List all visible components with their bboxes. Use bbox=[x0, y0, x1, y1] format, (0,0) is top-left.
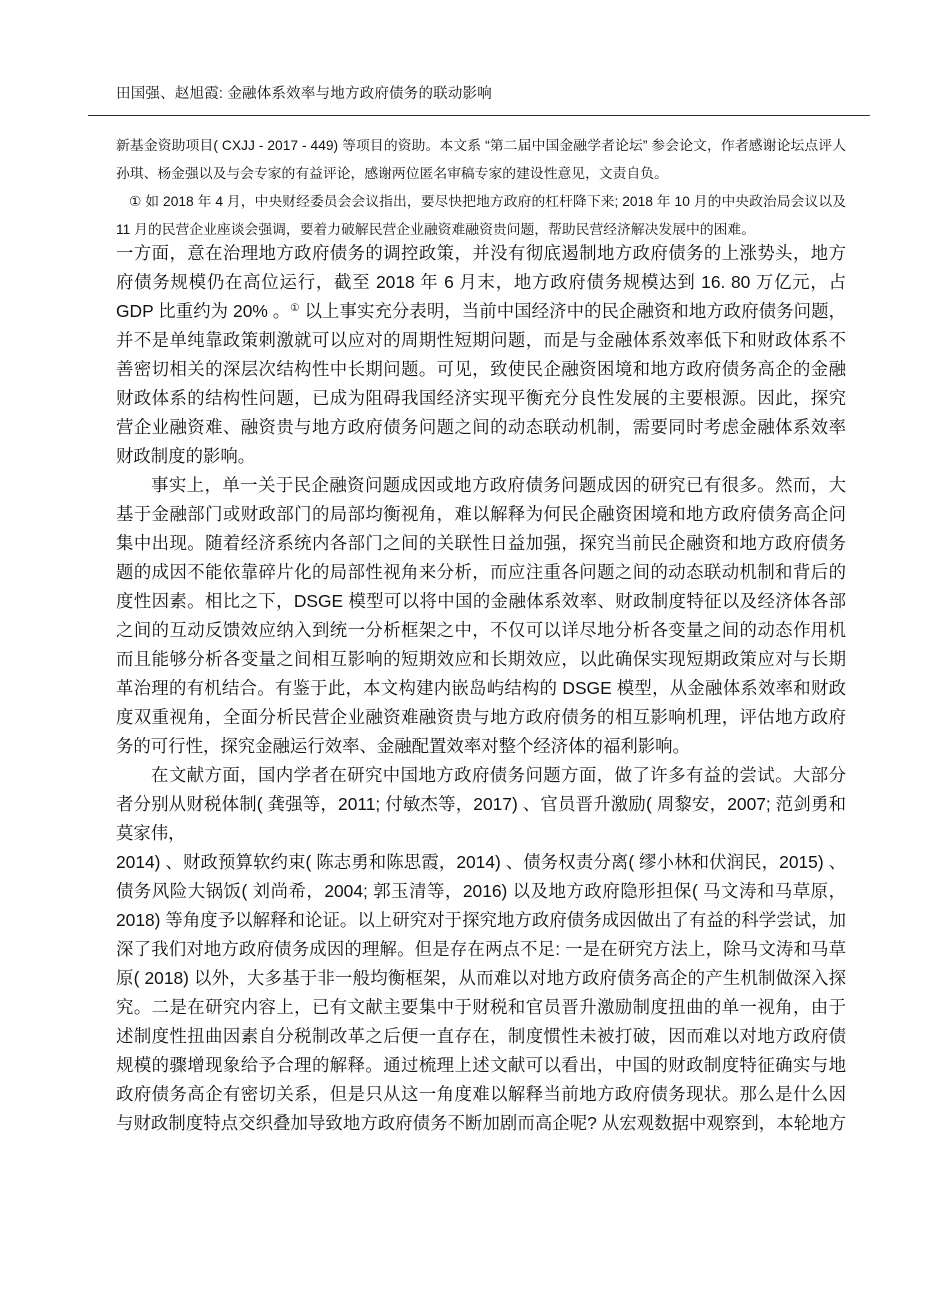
footnote-line: 孙琪、杨金强以及与会专家的有益评论，感谢两位匿名审稿专家的建设性意见，文责自负。 bbox=[116, 160, 846, 188]
body-text-line: 度双重视角，全面分析民营企业融资难融资贵与地方政府债务的相互影响机理，评估地方政… bbox=[116, 703, 846, 732]
body-text-line: 述制度性扭曲因素自分税制改革之后便一直存在，制度惯性未被打破，因而难以对地方政府… bbox=[116, 1022, 846, 1051]
body-text: 一方面，意在治理地方政府债务的调控政策，并没有彻底遏制地方政府债务的上涨势头，地… bbox=[116, 239, 846, 1138]
body-text-line: 一方面，意在治理地方政府债务的调控政策，并没有彻底遏制地方政府债务的上涨势头，地… bbox=[116, 239, 846, 268]
body-text-line: 莫家伟， bbox=[116, 819, 846, 848]
document-page: 田国强、赵旭霞: 金融体系效率与地方政府债务的联动影响 新基金资助项目( CXJ… bbox=[0, 0, 950, 1290]
footnote-line: 新基金资助项目( CXJJ - 2017 - 449) 等项目的资助。本文系 “… bbox=[116, 132, 846, 160]
body-text-line: 善密切相关的深层次结构性中长期问题。可见，致使民企融资困境和地方政府债务高企的金… bbox=[116, 355, 846, 384]
body-paragraph-3: 在文献方面，国内学者在研究中国地方政府债务问题方面，做了许多有益的尝试。大部分学… bbox=[116, 761, 846, 1138]
body-text-line: 而且能够分析各变量之间相互影响的短期效应和长期效应，以此确保实现短期政策应对与长… bbox=[116, 645, 846, 674]
body-text-line: 者分别从财税体制( 龚强等，2011; 付敏杰等，2017) 、官员晋升激励( … bbox=[116, 790, 846, 819]
body-text-line: 深了我们对地方政府债务成因的理解。但是存在两点不足: 一是在研究方法上，除马文涛… bbox=[116, 935, 846, 964]
body-text-line: 之间的互动反馈效应纳入到统一分析框架之中，不仅可以详尽地分析各变量之间的动态作用… bbox=[116, 616, 846, 645]
body-text-line: 基于金融部门或财政部门的局部均衡视角，难以解释为何民企融资困境和地方政府债务高企… bbox=[116, 500, 846, 529]
body-text-line: 财政制度的影响。 bbox=[116, 442, 846, 471]
body-paragraph-1: 一方面，意在治理地方政府债务的调控政策，并没有彻底遏制地方政府债务的上涨势头，地… bbox=[116, 239, 846, 471]
body-text-line: 务的可行性，探究金融运行效率、金融配置效率对整个经济体的福利影响。 bbox=[116, 732, 846, 761]
body-text-line: 债务风险大锅饭( 刘尚希，2004; 郭玉清等，2016) 以及地方政府隐形担保… bbox=[116, 877, 846, 906]
body-text-line: 政府债务高企有密切关系，但是只从这一角度难以解释当前地方政府债务现状。那么是什么… bbox=[116, 1080, 846, 1109]
body-paragraph-2: 事实上，单一关于民企融资问题成因或地方政府债务问题成因的研究已有很多。然而，大多… bbox=[116, 471, 846, 761]
body-text-line: 革治理的有机结合。有鉴于此，本文构建内嵌岛屿结构的 DSGE 模型，从金融体系效… bbox=[116, 674, 846, 703]
body-text-line: 与财政制度特点交织叠加导致地方政府债务不断加剧而高企呢? 从宏观数据中观察到，本… bbox=[116, 1109, 846, 1138]
footnote-block: 新基金资助项目( CXJJ - 2017 - 449) 等项目的资助。本文系 “… bbox=[116, 132, 846, 244]
body-text-line: 2014) 、财政预算软约束( 陈志勇和陈思霞，2014) 、债务权责分离( 缪… bbox=[116, 848, 846, 877]
body-text-line: 财政体系的结构性问题，已成为阻碍我国经济实现平衡充分良性发展的主要根源。因此，探… bbox=[116, 384, 846, 413]
body-text-line: 府债务规模仍在高位运行，截至 2018 年 6 月末，地方政府债务规模达到 16… bbox=[116, 268, 846, 297]
running-header: 田国强、赵旭霞: 金融体系效率与地方政府债务的联动影响 bbox=[116, 84, 846, 104]
body-text-line: 2018) 等角度予以解释和论证。以上研究对于探究地方政府债务成因做出了有益的科… bbox=[116, 906, 846, 935]
footnote-line: ① 如 2018 年 4 月，中央财经委员会会议指出，要尽快把地方政府的杠杆降下… bbox=[116, 188, 846, 216]
text-segment: GDP 比重约为 20% 。 bbox=[116, 301, 290, 321]
header-rule-divider bbox=[88, 115, 870, 116]
body-text-line: GDP 比重约为 20% 。① 以上事实充分表明，当前中国经济中的民企融资和地方… bbox=[116, 297, 846, 326]
body-text-line: 并不是单纯靠政策刺激就可以应对的周期性短期问题，而是与金融体系效率低下和财政体系… bbox=[116, 326, 846, 355]
body-text-line: 原( 2018) 以外，大多基于非一般均衡框架，从而难以对地方政府债务高企的产生… bbox=[116, 964, 846, 993]
body-text-line: 究。二是在研究内容上，已有文献主要集中于财税和官员晋升激励制度扭曲的单一视角，由… bbox=[116, 993, 846, 1022]
body-text-line: 题的成因不能依靠碎片化的局部性视角来分析，而应注重各问题之间的动态联动机制和背后… bbox=[116, 558, 846, 587]
body-text-line: 营企业融资难、融资贵与地方政府债务问题之间的动态联动机制，需要同时考虑金融体系效… bbox=[116, 413, 846, 442]
footnote-ref-mark: ① bbox=[290, 303, 299, 314]
body-text-line: 事实上，单一关于民企融资问题成因或地方政府债务问题成因的研究已有很多。然而，大多 bbox=[116, 471, 846, 500]
text-segment: 以上事实充分表明，当前中国经济中的民企融资和地方政府债务问题， bbox=[300, 301, 846, 321]
body-text-line: 集中出现。随着经济系统内各部门之间的关联性日益加强，探究当前民企融资和地方政府债… bbox=[116, 529, 846, 558]
body-text-line: 度性因素。相比之下，DSGE 模型可以将中国的金融体系效率、财政制度特征以及经济… bbox=[116, 587, 846, 616]
body-text-line: 在文献方面，国内学者在研究中国地方政府债务问题方面，做了许多有益的尝试。大部分学 bbox=[116, 761, 846, 790]
body-text-line: 规模的骤增现象给予合理的解释。通过梳理上述文献可以看出，中国的财政制度特征确实与… bbox=[116, 1051, 846, 1080]
